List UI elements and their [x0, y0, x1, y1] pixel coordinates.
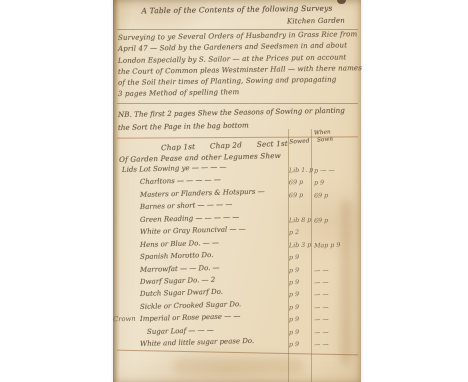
row-col1: p 9 — [289, 341, 310, 349]
margin-note: Crown — [113, 315, 136, 324]
row-col2: p 9 — [314, 179, 352, 187]
row-col2 — [314, 253, 352, 254]
row-col1: 69 p — [289, 179, 310, 187]
table-chapter-header: Chap 1st Chap 2d Sect 1st — [161, 139, 288, 152]
row-name: Imperial or Rose pease — — — [140, 312, 241, 323]
intro-paragraph: Surveying to ye Several Orders of Husban… — [118, 33, 357, 101]
row-name: Dutch Sugar Dwarf Do. — [140, 288, 223, 298]
table-row: Spanish Morotto Do. p 9 — [113, 253, 361, 265]
row-col2: — — — [314, 291, 352, 299]
column-header-sown: Sown — [317, 136, 334, 143]
row-col2: Map p 9 — [314, 241, 352, 249]
row-col2 — [314, 229, 352, 230]
row-col1: p 9 — [289, 254, 310, 262]
row-col1: p 9 — [289, 303, 310, 311]
row-col2: 69 p — [314, 216, 352, 224]
row-col1: Lib 3 p — [289, 241, 310, 249]
intro-line: 3 pages Method of spelling them — [118, 86, 357, 101]
row-col1: p 9 — [289, 279, 310, 287]
row-col1: 69 p — [289, 192, 310, 200]
row-name: Dwarf Sugar Do. — 2 — [140, 276, 216, 286]
row-col2: — — — [314, 303, 352, 311]
table-subheader: Of Garden Pease and other Legumes Shew — [119, 151, 281, 164]
row-col1: p 9 — [289, 266, 310, 274]
divider-rule — [117, 103, 358, 104]
table-row: Marrowfat — — Do. — p 9 — — — [113, 266, 361, 278]
page-title: A Table of the Contents of the following… — [113, 3, 361, 15]
row-col1: p 9 — [289, 316, 310, 324]
row-name: White and little sugar pease Do. — [140, 337, 254, 348]
row-col1: p 9 — [289, 291, 310, 299]
row-name: Charltons — — — — — — [140, 176, 221, 186]
row-col2: — — — [314, 278, 352, 286]
paper-stain — [173, 358, 303, 374]
column-header-when: When — [314, 129, 331, 136]
table-row: Lids Lot Sowing ye — — — — Lib 1. p p — … — [113, 166, 361, 178]
row-name: Lids Lot Sowing ye — — — — — [122, 163, 227, 174]
row-name: Hens or Blue Do. — — — [140, 238, 219, 248]
row-name: Barnes or short — — — — — [140, 201, 232, 212]
row-name: Marrowfat — — Do. — — [140, 263, 220, 273]
row-col1 — [289, 204, 310, 205]
page-subtitle: Kitchen Garden — [287, 16, 345, 25]
row-name: Spanish Morotto Do. — [140, 251, 214, 261]
row-col2: p — — — [314, 166, 352, 174]
row-col1: Lib 1. p — [289, 167, 310, 175]
row-col2: — — — [314, 316, 352, 324]
row-name: White or Gray Rouncival — — — [140, 225, 246, 236]
row-col1: p 9 — [289, 328, 310, 336]
row-name: Sugar Loaf — — — — [147, 326, 214, 336]
manuscript-page: A Table of the Contents of the following… — [113, 0, 361, 382]
table-row: White or Gray Rouncival — — p 2 — [113, 228, 361, 240]
row-col1: p 2 — [289, 229, 310, 237]
row-name: Sickle or Crooked Sugar Do. — [140, 300, 241, 311]
table-row: Crown Imperial or Rose pease — — p 9 — — — [113, 315, 361, 327]
row-col2 — [314, 204, 352, 205]
row-col2: 69 p — [314, 191, 352, 199]
column-header-sowed: Sowed — [289, 138, 310, 145]
row-name: Green Reading — — — — — — [140, 213, 240, 224]
row-col2: — — — [314, 328, 352, 336]
table-row: Masters or Flanders & Hotspurs — 69 p 69… — [113, 191, 361, 203]
table-row: Hens or Blue Do. — — Lib 3 p Map p 9 — [113, 241, 361, 253]
table-row: Dwarf Sugar Do. — 2 p 9 — — — [113, 278, 361, 290]
row-col2: — — — [314, 340, 352, 348]
row-col2: — — — [314, 266, 352, 274]
table-body: Lids Lot Sowing ye — — — — Lib 1. p p — … — [113, 166, 361, 353]
row-col1: Lib 8 p — [289, 216, 310, 224]
